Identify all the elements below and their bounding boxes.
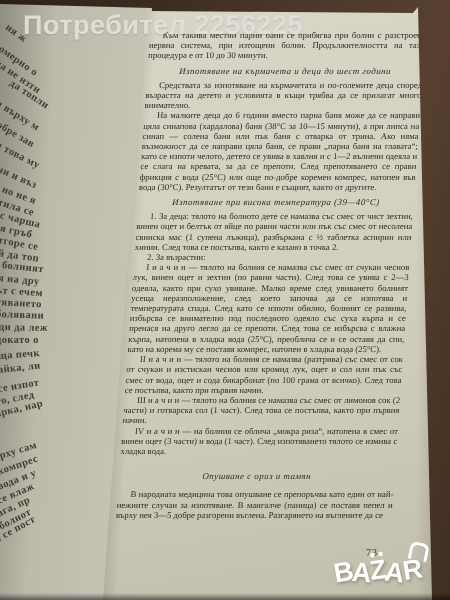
body-paragraph: В народната медицина това опушване се пр… bbox=[116, 489, 394, 520]
body-paragraph: III н а ч и н — тялото на болния се нама… bbox=[122, 395, 400, 426]
body-paragraph: 1. За деца: тялото на болното дете се на… bbox=[134, 211, 413, 252]
section-heading: Изпотяване при висока температура (39—40… bbox=[138, 197, 415, 207]
bazar-logo: BAZAR bbox=[333, 554, 421, 588]
bazar-logo-dots-icon bbox=[370, 553, 374, 557]
body-paragraph: IV н а ч и н — на болния се облича „мокр… bbox=[120, 426, 398, 457]
left-page-fragment: еди да леж bbox=[0, 323, 48, 334]
page-edge-shadow bbox=[416, 0, 450, 600]
body-paragraph: Средствата за изпотяване на кърмачетата … bbox=[144, 80, 422, 111]
body-paragraph: На малките деца до 6 години вместо парна… bbox=[139, 110, 421, 192]
body-paragraph: II н а ч и н — тялото на болния се намаз… bbox=[124, 354, 403, 395]
section-heading: Изпотяване на кърмачета и деца до шест г… bbox=[147, 66, 424, 76]
left-page-fragment: айка, ли bbox=[0, 362, 41, 376]
section-heading: Опушване с ориз и тамян bbox=[118, 471, 395, 481]
left-page-fragment: болявани bbox=[0, 310, 44, 322]
seller-watermark: Потребител 2256225 bbox=[23, 10, 303, 41]
page-text: Към такива местни парни бани се прибягва… bbox=[116, 30, 426, 520]
bazar-logo-text: BAZAR bbox=[333, 554, 421, 587]
bazar-shopping-bag-icon bbox=[408, 541, 430, 563]
body-paragraph: I н а ч и н — тялото на болния се намазв… bbox=[127, 262, 409, 354]
left-page-fragment: докато о bbox=[0, 336, 39, 346]
left-page-fragment: ща печк bbox=[0, 349, 40, 362]
body-paragraph: 2. За възрастни: bbox=[134, 252, 411, 262]
book-photo: ия жномерно ода не изтида топлии върху м… bbox=[0, 0, 450, 600]
